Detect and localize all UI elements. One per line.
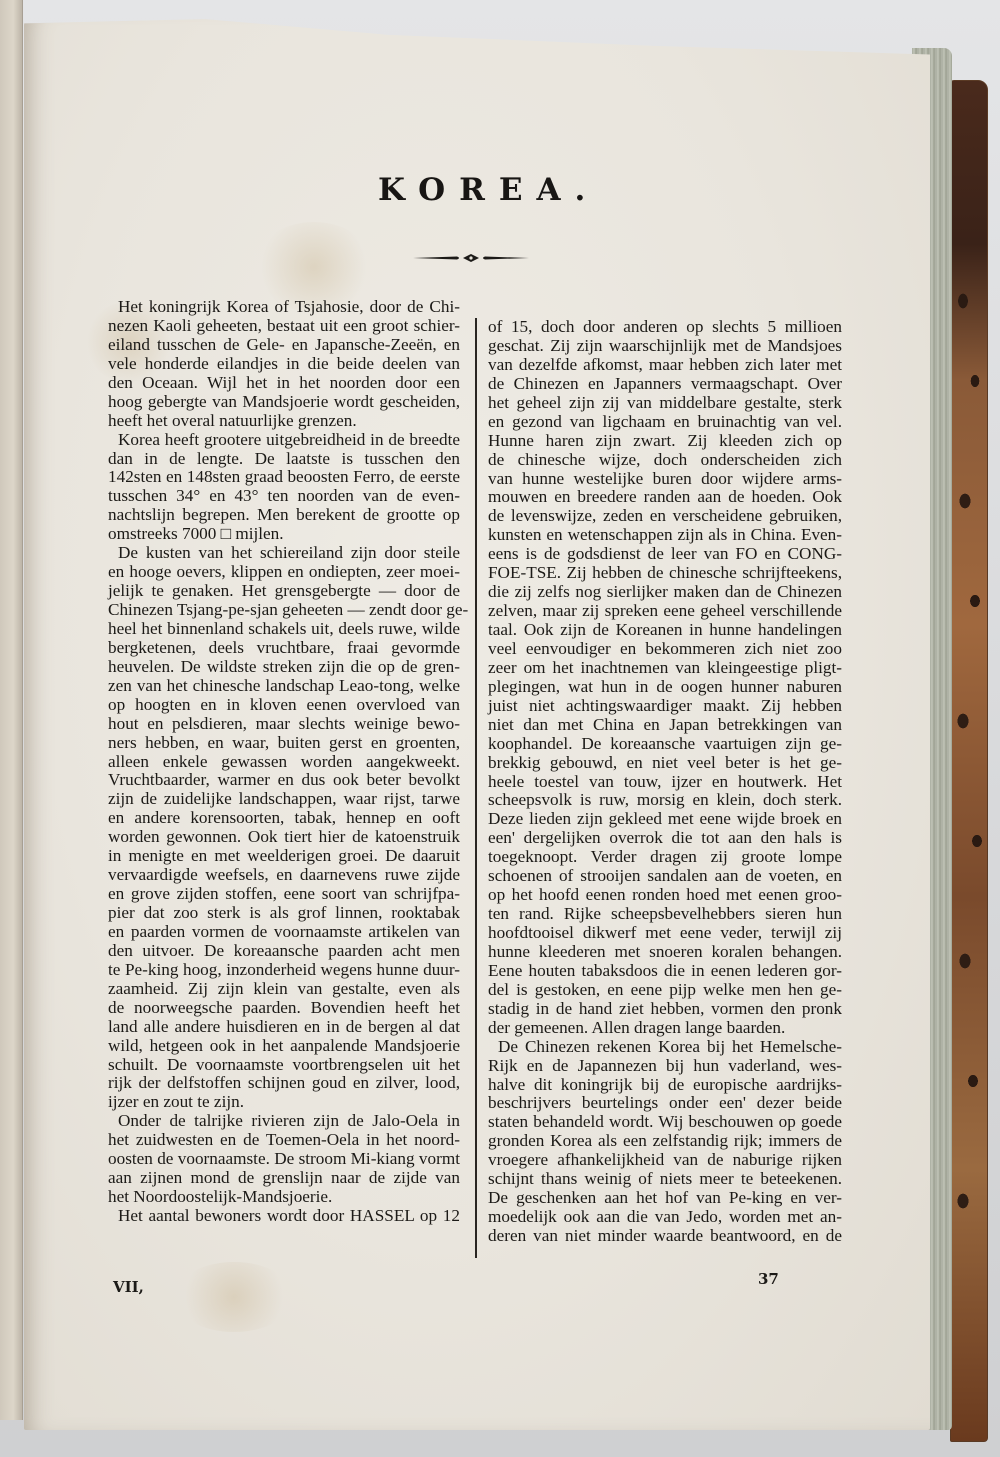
text-line: rijk der delfstoffen schijnen goud en zi… — [108, 1074, 460, 1093]
text-line: Rijk en de Japannezen bij hun vaderland,… — [488, 1057, 842, 1076]
text-line: het zuidwesten en de Toemen-Oela in het … — [108, 1131, 460, 1150]
text-line: hout en pelsdieren, maar slechts weinige… — [108, 715, 460, 734]
text-line: Hunne haren zijn zwart. Zij kleeden zich… — [488, 432, 842, 451]
text-line: oosten de voornaamste. De stroom Mi-kian… — [108, 1150, 460, 1169]
text-line: op het hoofd eenen ronden hoed met eenen… — [488, 886, 842, 905]
text-line: veel eenvoudiger en bekommeren zich niet… — [488, 640, 842, 659]
text-line: heeft het overal natuurlijke grenzen. — [108, 412, 460, 431]
text-line: vervaardigde weefsels, en daarnevens ruw… — [108, 866, 460, 885]
text-line: dan in de lengte. De laatste is tusschen… — [108, 450, 460, 469]
text-line: deren van niet minder waarde beantwoord,… — [488, 1227, 842, 1246]
text-line: en andere korensoorten, tabak, hennep en… — [108, 809, 460, 828]
text-line: ten rand. Rijke scheepsbevelhebbers sier… — [488, 905, 842, 924]
text-line: vroegere afhankelijkheid van de naburige… — [488, 1151, 842, 1170]
text-line: wild, hetgeen ook in het aanpalende Mand… — [108, 1037, 460, 1056]
text-line: kunsten en wetenschappen zijn als in Chi… — [488, 526, 842, 545]
text-line: Het aantal bewoners wordt door HASSEL op… — [108, 1207, 460, 1226]
text-line: heuvelen. De wildste streken zijn die op… — [108, 658, 460, 677]
text-line: de Chinezen en Japanners vermaagschapt. … — [488, 375, 842, 394]
text-line: bergketenen, deels vruchtbare, fraai gev… — [108, 639, 460, 658]
text-line: hoofdtooisel dikwerf met eene veder, ter… — [488, 924, 842, 943]
text-line: der gemeenen. Allen dragen lange baarden… — [488, 1019, 842, 1038]
text-line: brekkig gebouwd, en niet veel beter is h… — [488, 754, 842, 773]
text-line: nezen Kaoli geheeten, bestaat uit een gr… — [108, 317, 460, 336]
text-line: zen van het chinesche landschap Leao-ton… — [108, 677, 460, 696]
text-line: schijnt thans weinig of niets meer te be… — [488, 1170, 842, 1189]
text-line: De Chinezen rekenen Korea bij het Hemels… — [488, 1038, 842, 1057]
paper-stain — [174, 1262, 294, 1332]
text-line: 142sten en 148sten graad beoosten Ferro,… — [108, 468, 460, 487]
text-line: gronden Korea als een zelfstandig rijk; … — [488, 1132, 842, 1151]
text-line: de chinesche wijze, doch onderscheiden z… — [488, 451, 842, 470]
text-line: op hoogten en in kloven eenen overvloed … — [108, 696, 460, 715]
decorative-rule-icon — [413, 252, 529, 264]
text-line: plegingen, wat hun in de oogen hunner na… — [488, 678, 842, 697]
text-line: heel het binnenland schakels uit, deels … — [108, 620, 460, 639]
text-line: De geschenken aan het hof van Pe-king en… — [488, 1189, 842, 1208]
text-line: toegeknoopt. Verder dragen zij groote lo… — [488, 848, 842, 867]
text-line: hunne kleederen met snoeren koralen beha… — [488, 943, 842, 962]
text-line: land alle andere huisdieren en in de ber… — [108, 1018, 460, 1037]
text-line: alleen enkele gewassen worden aangekweek… — [108, 753, 460, 772]
text-line: vele honderde eilandjes in die beide dee… — [108, 355, 460, 374]
text-line: geschat. Zij zijn waarschijnlijk met de … — [488, 337, 842, 356]
text-line: scheepsvolk is ruw, morsig en klein, doc… — [488, 791, 842, 810]
text-line: eens is de godsdienst de leer van FO en … — [488, 545, 842, 564]
text-line: pier dat zoo sterk is als grof linnen, r… — [108, 904, 460, 923]
text-line: moedelijk ook aan die van Jedo, worden m… — [488, 1208, 842, 1227]
text-line: of 15, doch door anderen op slechts 5 mi… — [488, 318, 842, 337]
page-title: KOREA. — [378, 172, 599, 208]
text-line: hoog gebergte van Mandsjoerie wordt gesc… — [108, 393, 460, 412]
text-line: stadig in de hand ziet hebben, vormen de… — [488, 1000, 842, 1019]
text-line: het geheel zijn zij van middelbare gesta… — [488, 394, 842, 413]
text-line: nachtslijn begrepen. Men berekent de gro… — [108, 506, 460, 525]
text-line: omstreeks 7000 □ mijlen. — [108, 525, 460, 544]
text-line: de levenswijze, zeden en verscheidene ge… — [488, 507, 842, 526]
text-line: Onder de talrijke rivieren zijn de Jalo-… — [108, 1112, 460, 1131]
text-line: en gezond van ligchaam en bruinachtig va… — [488, 413, 842, 432]
text-line: ners hebben, en waar, buiten gerst en gr… — [108, 734, 460, 753]
text-line: aan zijnen mond de grenslijn naar de zij… — [108, 1169, 460, 1188]
text-line: ijzer en zout te zijn. — [108, 1093, 460, 1112]
text-line: te Pe-king hoog, inzonderheid wegens hun… — [108, 961, 460, 980]
text-line: den Oceaan. Wijl het in het noorden door… — [108, 374, 460, 393]
text-line: mouwen en breedere randen aan de hoeden.… — [488, 488, 842, 507]
text-line: taal. Ook zijn de Koreanen in hunne hand… — [488, 621, 842, 640]
text-line: del is gestoken, en eene pijp welke men … — [488, 981, 842, 1000]
text-line: en paarden vormen de voornaamste artikel… — [108, 923, 460, 942]
text-line: heele toestel van touw, ijzer en houtwer… — [488, 773, 842, 792]
text-line: die zij zelfs nog sierlijker maken dan d… — [488, 583, 842, 602]
text-line: worden gewonnen. Ook tiert hier de katoe… — [108, 828, 460, 847]
text-line: Deze lieden zijn gekleed met eene wijde … — [488, 810, 842, 829]
text-line: koophandel. De koreaansche vaartuigen zi… — [488, 735, 842, 754]
facing-page-edge — [0, 0, 23, 1420]
text-line: juist niet achtingswaardiger maakt. Zij … — [488, 697, 842, 716]
text-line: Het koningrijk Korea of Tsjahosie, door … — [108, 298, 460, 317]
text-line: Chinezen Tsjang-pe-sjan geheeten — zendt… — [108, 601, 460, 620]
text-line: en grove zijden stoffen, eene soort van … — [108, 885, 460, 904]
signature-mark: VII, — [113, 1278, 144, 1296]
text-line: halve dit koningrijk bij de europische a… — [488, 1076, 842, 1095]
text-line: Korea heeft grootere uitgebreidheid in d… — [108, 431, 460, 450]
left-text-column: Het koningrijk Korea of Tsjahosie, door … — [108, 298, 460, 1226]
text-line: beschrijvers beurtelings onder een' deze… — [488, 1094, 842, 1113]
text-line: jelijk te genaken. Het grensgebergte — d… — [108, 582, 460, 601]
text-line: zeer om het inachtnemen van kleingeestig… — [488, 659, 842, 678]
text-line: Vruchtbaarder, warmer en dus ook beter b… — [108, 771, 460, 790]
text-line: de noorweegsche paarden. Bovendien heeft… — [108, 999, 460, 1018]
text-line: in menigte en met weelderigen groei. De … — [108, 847, 460, 866]
text-line: De kusten van het schiereiland zijn door… — [108, 544, 460, 563]
text-line: den uitvoer. De koreaansche paarden acht… — [108, 942, 460, 961]
text-line: eiland tusschen de Gele- en Japansche-Ze… — [108, 336, 460, 355]
text-line: en hooge oevers, klippen en ondiepten, z… — [108, 563, 460, 582]
right-text-column: of 15, doch door anderen op slechts 5 mi… — [488, 318, 842, 1246]
text-line: FOE-TSE. Zij hebben de chinesche schrijf… — [488, 564, 842, 583]
text-line: zijn de zuidelijke landschappen, waar ri… — [108, 790, 460, 809]
text-line: schoenen of strooijen sandalen aan de vo… — [488, 867, 842, 886]
page-number: 37 — [758, 1270, 779, 1288]
text-line: van hunne westelijke buren door wijdere … — [488, 470, 842, 489]
text-line: zaamheid. Zij zijn klein van gestalte, e… — [108, 980, 460, 999]
text-line: het Noordoostelijk-Mandsjoerie. — [108, 1188, 460, 1207]
marbled-book-cover — [950, 80, 988, 1442]
text-line: zelven, maar zij spreken eene geheel ver… — [488, 602, 842, 621]
text-line: Eene houten tabaksdoos die in eenen lede… — [488, 962, 842, 981]
text-line: staten behandeld wordt. Wij beschouwen o… — [488, 1113, 842, 1132]
text-line: een' dergelijken overrok die tot aan den… — [488, 829, 842, 848]
text-line: van dezelfde afkomst, maar hebben zich l… — [488, 356, 842, 375]
column-divider — [475, 318, 477, 1258]
text-line: tusschen 34° en 43° ten noorden van de e… — [108, 487, 460, 506]
text-line: niet dan met China en Japan betrekkingen… — [488, 716, 842, 735]
text-line: schuilt. De voornaamste voortbrengselen … — [108, 1056, 460, 1075]
